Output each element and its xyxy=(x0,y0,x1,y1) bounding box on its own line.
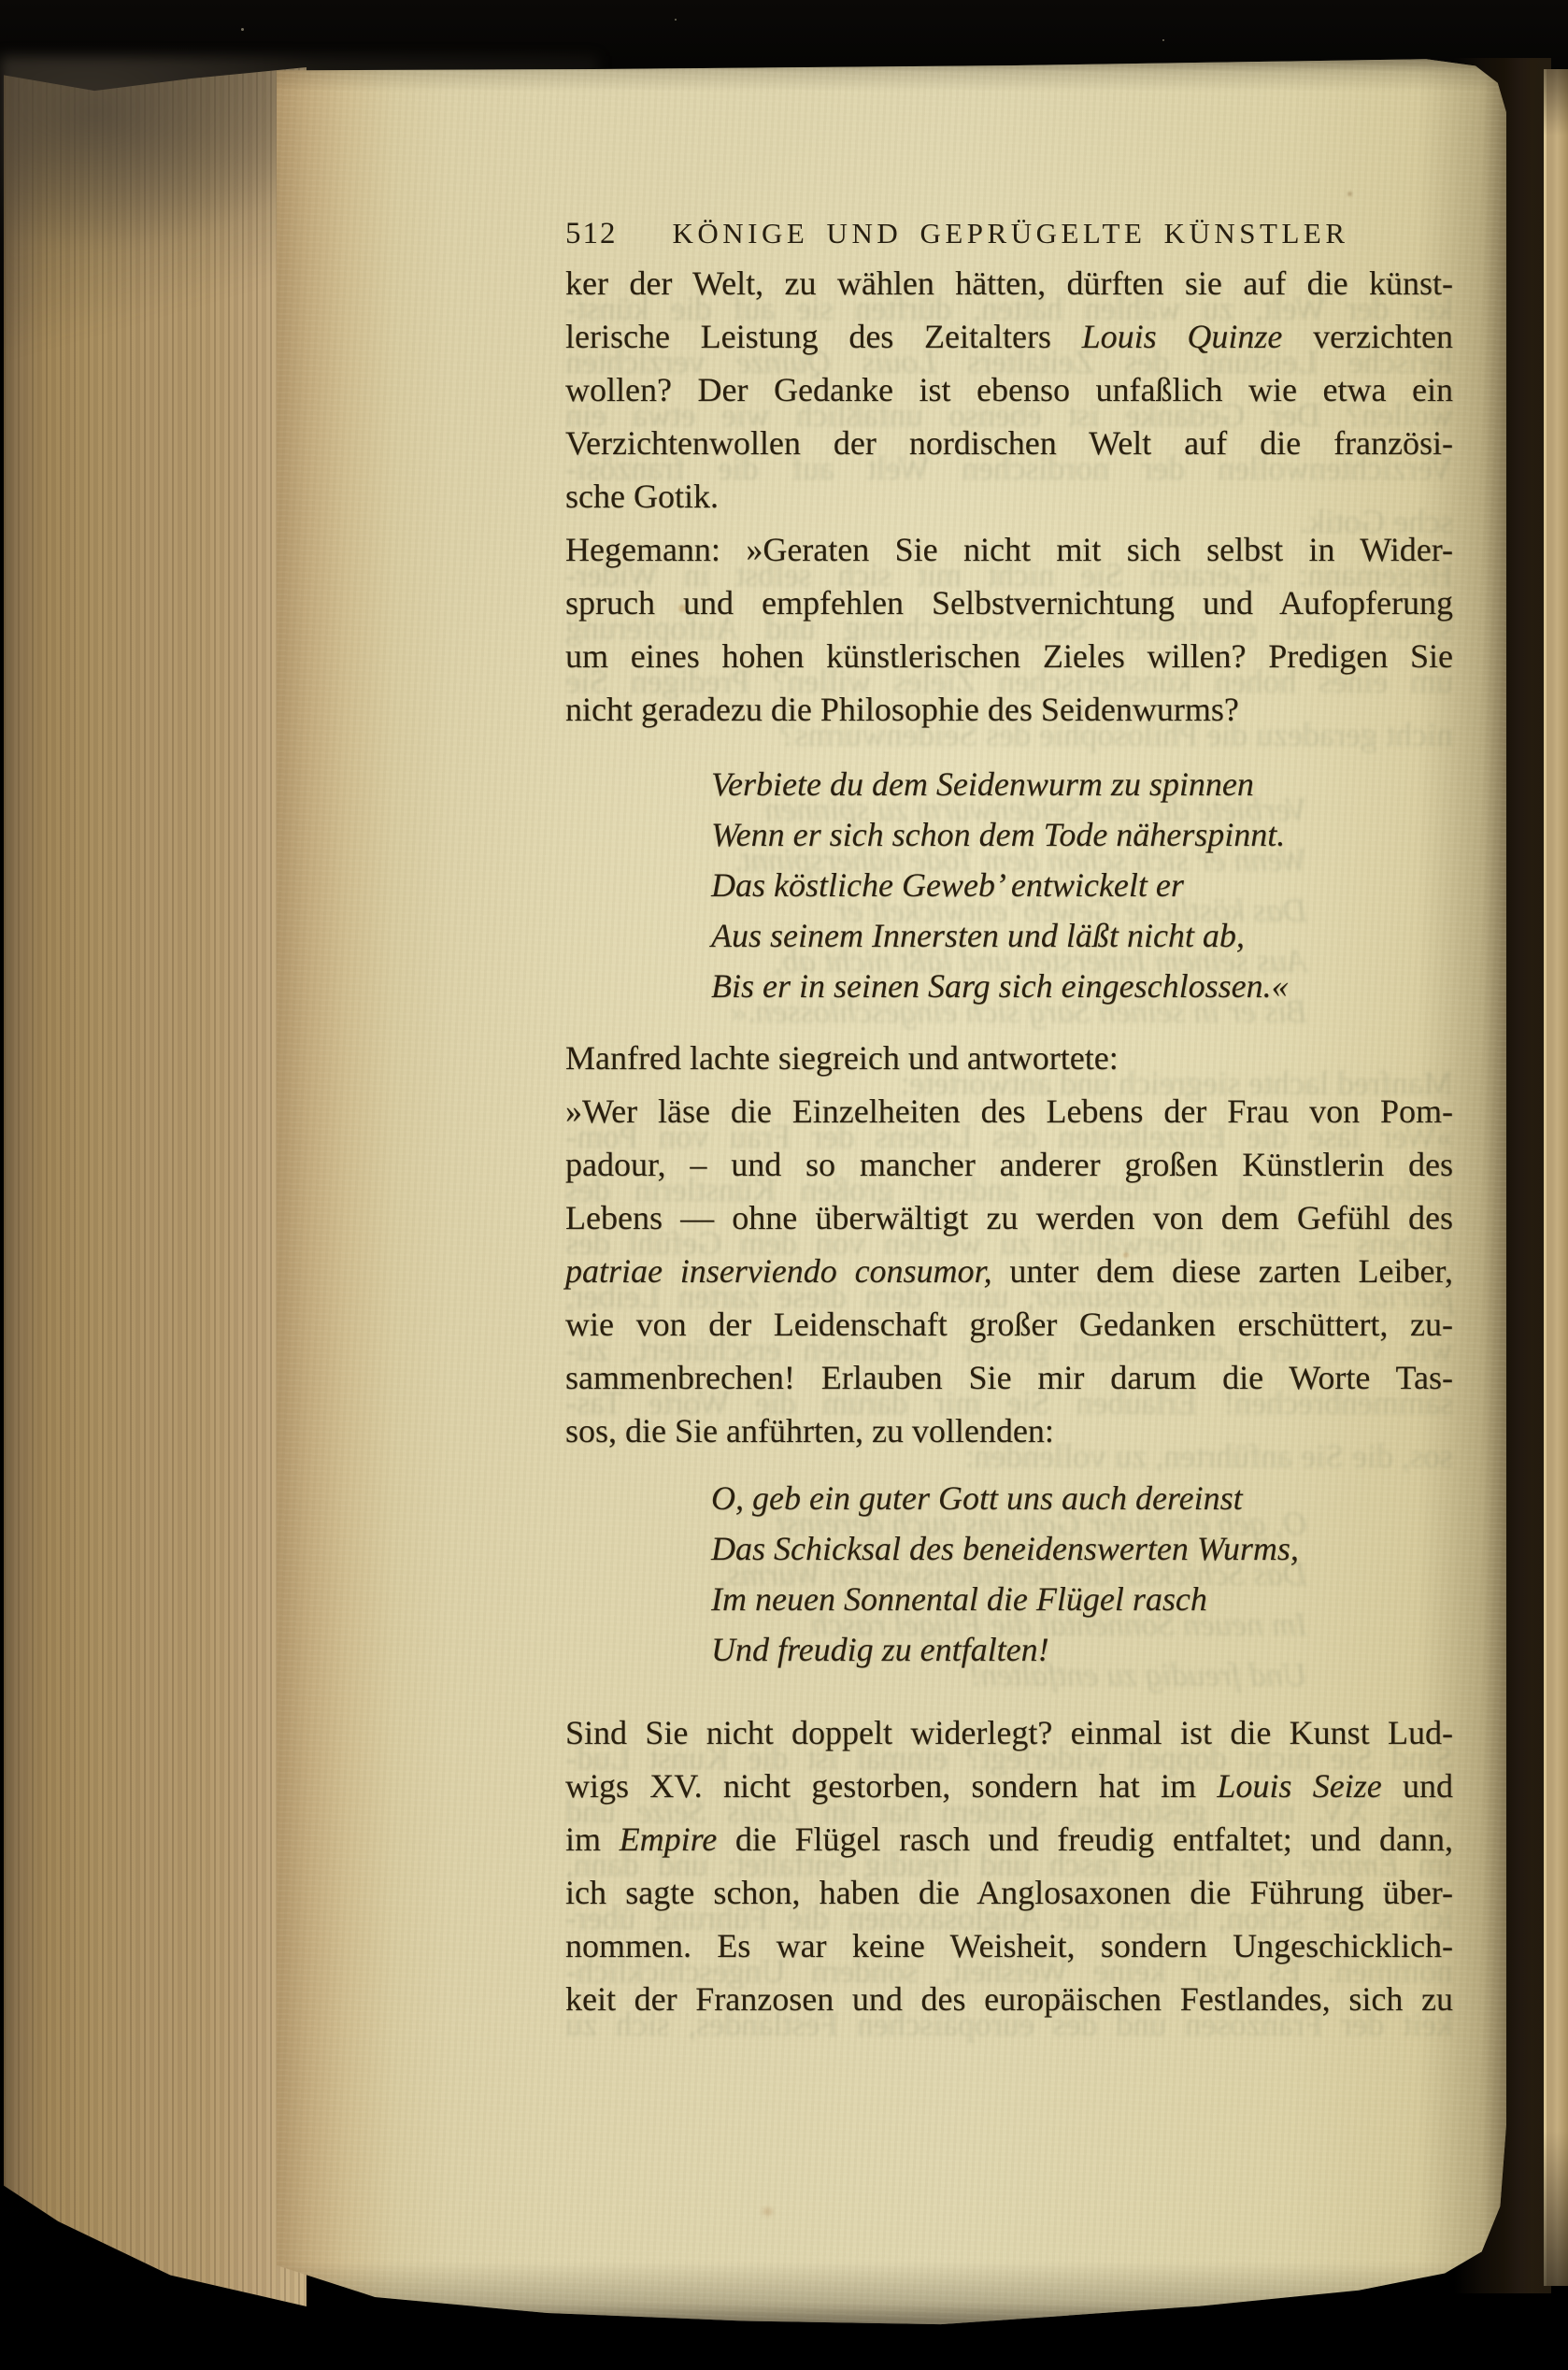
paper-stain xyxy=(763,2207,773,2216)
poem-line: Aus seinem Innersten und läßt nicht ab, xyxy=(565,910,1453,961)
poem-line: Und freudig zu entfalten! xyxy=(565,1624,1453,1675)
page-number: 512 xyxy=(565,217,618,251)
dust-speck xyxy=(675,19,677,21)
poem-line: O, geb ein guter Gott uns auch dereinst xyxy=(565,1473,1453,1523)
body-line: im Empire die Flügel rasch und freudig e… xyxy=(565,1813,1453,1866)
body-line: sammenbrechen! Erlauben Sie mir darum di… xyxy=(565,1351,1453,1405)
dust-speck xyxy=(241,28,244,31)
body-line: ich sagte schon, haben die Anglosaxonen … xyxy=(565,1866,1453,1920)
body-line: padour, – und so mancher anderer großen … xyxy=(565,1138,1453,1192)
body-line: wigs XV. nicht gestorben, sondern hat im… xyxy=(565,1760,1453,1813)
adjacent-page-sliver xyxy=(1544,69,1568,2286)
body-line: Verzichtenwollen der nordischen Welt auf… xyxy=(565,417,1453,470)
running-header: 512 KÖNIGE UND GEPRÜGELTE KÜNSTLER xyxy=(565,217,1453,251)
book-fore-edge-stack xyxy=(4,67,306,2306)
body-line: um eines hohen künstlerischen Zieles wil… xyxy=(565,630,1453,683)
body-line: keit der Franzosen und des europäischen … xyxy=(565,1973,1453,2026)
poem-line: Im neuen Sonnental die Flügel rasch xyxy=(565,1574,1453,1624)
poem-line: Das Schicksal des beneidenswerten Wurms, xyxy=(565,1523,1453,1574)
poem-line: Verbiete du dem Seidenwurm zu spinnen xyxy=(565,759,1453,809)
body-line: spruch und empfehlen Selbstvernichtung u… xyxy=(565,577,1453,630)
book-page: ker der Welt, zu wählen hätten, dürften … xyxy=(277,58,1506,2329)
body-line: nicht geradezu die Philosophie des Seide… xyxy=(565,683,1453,736)
book-photo-scene: ker der Welt, zu wählen hätten, dürften … xyxy=(0,0,1568,2370)
body-line: nommen. Es war keine Weisheit, sondern U… xyxy=(565,1920,1453,1973)
body-line: sche Gotik. xyxy=(565,470,1453,523)
poem-line: Bis er in seinen Sarg sich eingeschlosse… xyxy=(565,961,1453,1011)
body-line: Sind Sie nicht doppelt widerlegt? einmal… xyxy=(565,1706,1453,1760)
body-line: »Wer läse die Einzelheiten des Lebens de… xyxy=(565,1085,1453,1138)
body-line: patriae inserviendo consumor, unter dem … xyxy=(565,1245,1453,1298)
body-line: Manfred lachte siegreich und antwortete: xyxy=(565,1032,1453,1085)
running-header-title: KÖNIGE UND GEPRÜGELTE KÜNSTLER xyxy=(673,217,1349,250)
text-block: ker der Welt, zu wählen hätten, dürften … xyxy=(565,257,1453,2026)
poem-line: Wenn er sich schon dem Tode näherspinnt. xyxy=(565,809,1453,860)
body-line: wollen? Der Gedanke ist ebenso unfaßlich… xyxy=(565,364,1453,417)
body-line: sos, die Sie anführten, zu vollenden: xyxy=(565,1405,1453,1458)
body-line: wie von der Leidenschaft großer Gedanken… xyxy=(565,1298,1453,1351)
paper-stain xyxy=(1347,192,1352,196)
dust-speck xyxy=(1162,39,1164,41)
poem-line: Das köstliche Geweb’ entwickelt er xyxy=(565,860,1453,910)
body-line: Lebens — ohne überwältigt zu werden von … xyxy=(565,1192,1453,1245)
body-line: lerische Leistung des Zeitalters Louis Q… xyxy=(565,310,1453,364)
body-line: ker der Welt, zu wählen hätten, dürften … xyxy=(565,257,1453,310)
body-line: Hegemann: »Geraten Sie nicht mit sich se… xyxy=(565,523,1453,577)
